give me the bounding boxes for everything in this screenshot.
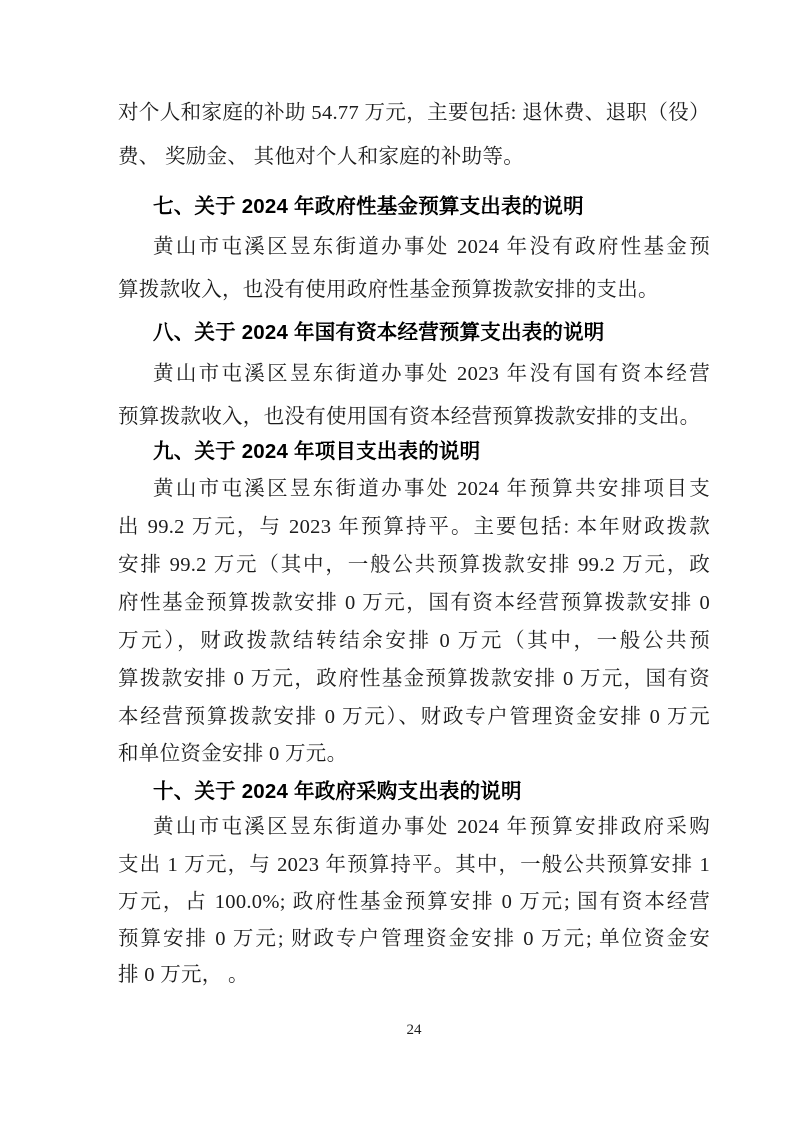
paragraph-line: 对个人和家庭的补助 54.77 万元，主要包括: 退休费、退职（役） xyxy=(118,100,710,127)
paragraph-line: 算拨款安排 0 万元，政府性基金预算拨款安排 0 万元，国有资 xyxy=(118,666,710,693)
paragraph-line: 本经营预算拨款安排 0 万元）、财政专户管理资金安排 0 万元 xyxy=(118,704,710,731)
paragraph-line: 府性基金预算拨款安排 0 万元，国有资本经营预算拨款安排 0 xyxy=(118,590,710,617)
paragraph-line: 预算拨款收入，也没有使用国有资本经营预算拨款安排的支出。 xyxy=(118,404,710,431)
section-9-heading: 九、关于 2024 年项目支出表的说明 xyxy=(118,438,710,465)
paragraph-line: 算拨款收入，也没有使用政府性基金预算拨款安排的支出。 xyxy=(118,277,710,304)
section-7-heading: 七、关于 2024 年政府性基金预算支出表的说明 xyxy=(118,193,710,220)
section-8-heading: 八、关于 2024 年国有资本经营预算支出表的说明 xyxy=(118,319,710,346)
paragraph-line: 排 0 万元， 。 xyxy=(118,962,710,989)
paragraph-line: 黄山市屯溪区昱东街道办事处 2023 年没有国有资本经营 xyxy=(118,361,710,388)
paragraph-line: 费、 奖励金、 其他对个人和家庭的补助等。 xyxy=(118,144,710,171)
paragraph-line: 万元，占 100.0%; 政府性基金预算安排 0 万元; 国有资本经营 xyxy=(118,889,710,916)
paragraph-line: 安排 99.2 万元（其中，一般公共预算拨款安排 99.2 万元，政 xyxy=(118,552,710,579)
document-content: 对个人和家庭的补助 54.77 万元，主要包括: 退休费、退职（役） 费、 奖励… xyxy=(118,0,710,1122)
paragraph-line: 黄山市屯溪区昱东街道办事处 2024 年没有政府性基金预 xyxy=(118,234,710,261)
paragraph-line: 出 99.2 万元，与 2023 年预算持平。主要包括: 本年财政拨款 xyxy=(118,514,710,541)
document-page: 对个人和家庭的补助 54.77 万元，主要包括: 退休费、退职（役） 费、 奖励… xyxy=(0,0,793,1122)
section-10-heading: 十、关于 2024 年政府采购支出表的说明 xyxy=(118,778,710,805)
paragraph-line: 黄山市屯溪区昱东街道办事处 2024 年预算安排政府采购 xyxy=(118,814,710,841)
paragraph-line: 和单位资金安排 0 万元。 xyxy=(118,741,710,768)
paragraph-line: 预算安排 0 万元; 财政专户管理资金安排 0 万元; 单位资金安 xyxy=(118,926,710,953)
page-number: 24 xyxy=(118,1022,710,1039)
paragraph-line: 支出 1 万元，与 2023 年预算持平。其中，一般公共预算安排 1 xyxy=(118,852,710,879)
paragraph-line: 黄山市屯溪区昱东街道办事处 2024 年预算共安排项目支 xyxy=(118,476,710,503)
paragraph-line: 万元），财政拨款结转结余安排 0 万元（其中，一般公共预 xyxy=(118,628,710,655)
